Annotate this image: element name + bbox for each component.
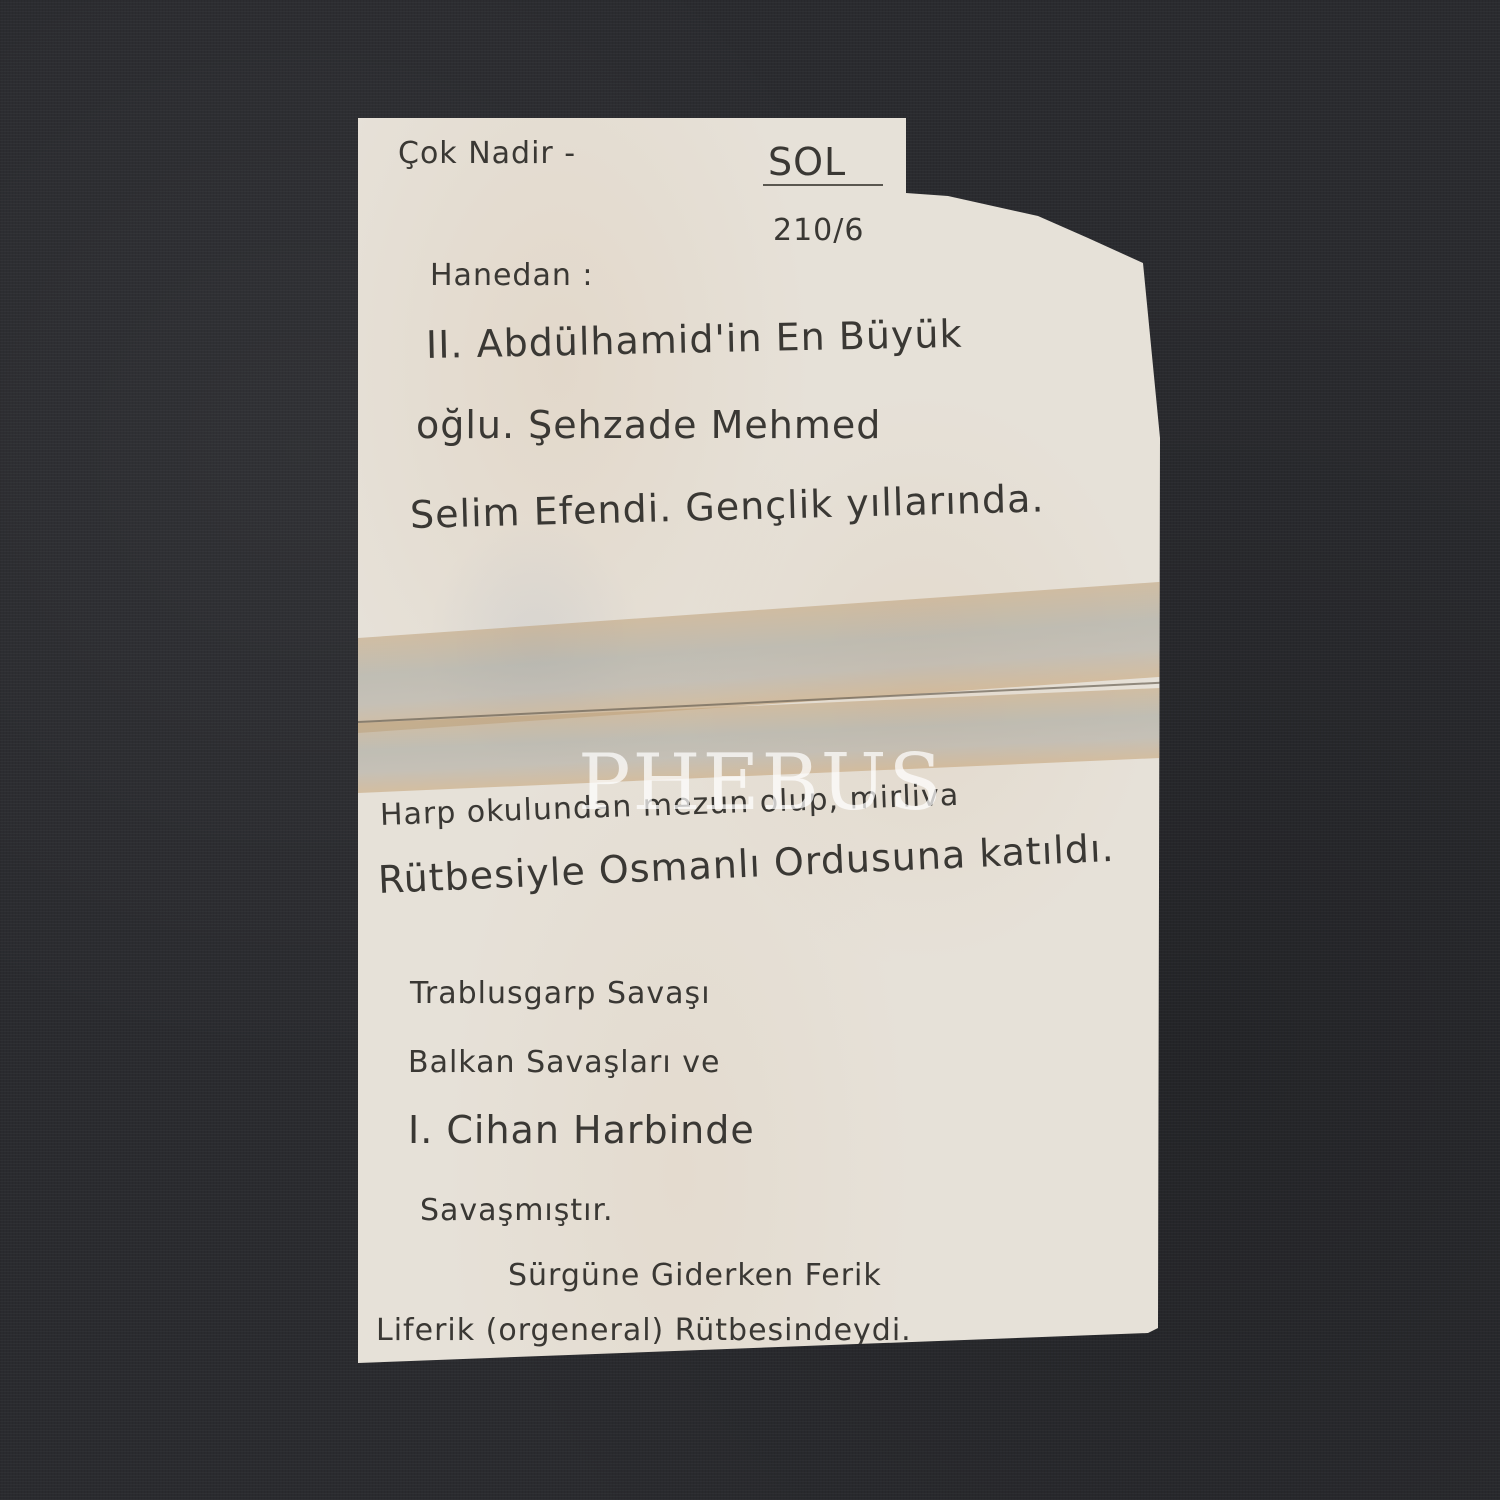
- text-line-9: I. Cihan Harbinde: [408, 1108, 755, 1152]
- underline: [763, 184, 883, 186]
- text-line-2: II. Abdülhamid'in En Büyük: [426, 312, 963, 367]
- text-line-12: Liferik (orgeneral) Rütbesindeydi.: [376, 1313, 912, 1348]
- text-line-7: Trablusgarp Savaşı: [410, 976, 711, 1011]
- text-line-4: Selim Efendi. Gençlik yıllarında.: [409, 476, 1045, 537]
- header-note-left-side: SOL: [768, 140, 846, 184]
- text-line-10: Savaşmıştır.: [420, 1193, 614, 1228]
- text-line-1: Hanedan :: [430, 258, 594, 293]
- text-line-3: oğlu. Şehzade Mehmed: [416, 403, 881, 447]
- text-line-8: Balkan Savaşları ve: [408, 1045, 720, 1080]
- watermark: PHEBUS: [578, 738, 944, 828]
- text-line-11: Sürgüne Giderken Ferik: [508, 1258, 882, 1293]
- catalog-code: 210/6: [773, 213, 864, 248]
- header-note-rare: Çok Nadir -: [398, 136, 576, 171]
- text-line-6: Rütbesiyle Osmanlı Ordusuna katıldı.: [377, 826, 1115, 902]
